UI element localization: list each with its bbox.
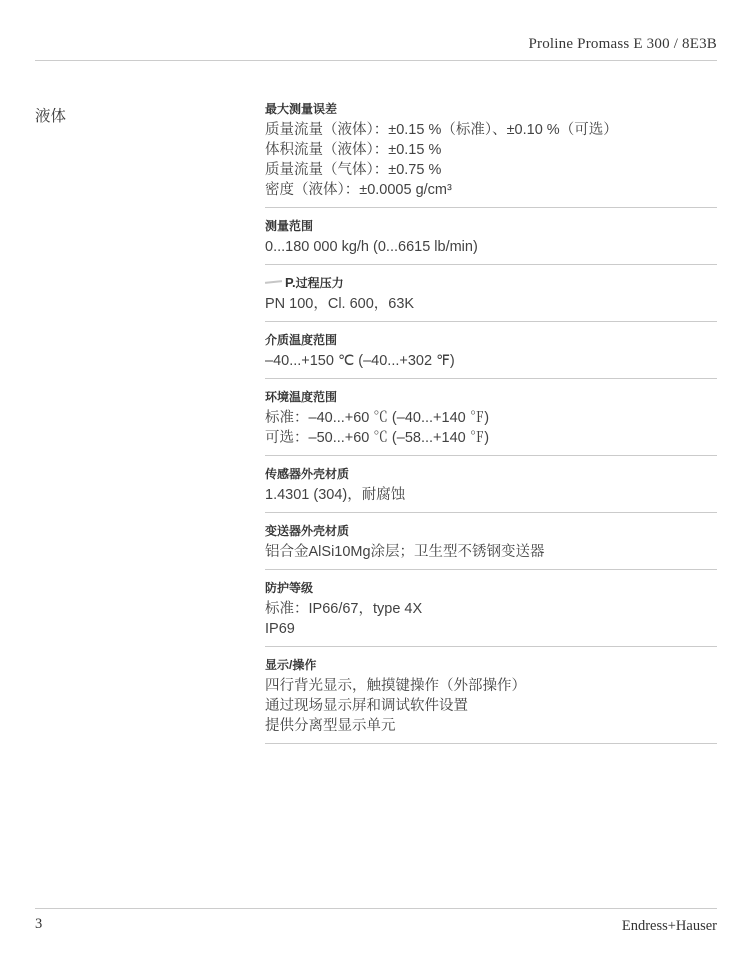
section-max-measured-error: 最大测量误差 质量流量（液体）：±0.15 %（标准）、±0.10 %（可选） …	[265, 98, 717, 208]
brand-name: Endress+Hauser	[622, 918, 717, 935]
render-artifact-dash	[265, 280, 282, 284]
spec-line: IP69	[265, 619, 717, 639]
spec-line: 0...180 000 kg/h (0...6615 lb/min)	[265, 237, 717, 257]
footer-divider	[35, 908, 717, 909]
spec-line: 标准：–40...+60 ℃ (–40...+140 ℉)	[265, 408, 717, 428]
spec-line: 四行背光显示，触摸键操作（外部操作）	[265, 676, 717, 696]
section-heading: 显示/操作	[265, 658, 717, 672]
heading-prefix: P.	[285, 275, 296, 290]
side-label-liquid: 液体	[35, 104, 66, 126]
header-divider	[35, 60, 717, 61]
section-medium-temperature-range: 介质温度范围 –40...+150 ℃ (–40...+302 ℉)	[265, 322, 717, 379]
spec-line: 体积流量（液体）：±0.15 %	[265, 140, 717, 160]
spec-line: 铝合金AlSi10Mg涂层；卫生型不锈钢变送器	[265, 542, 717, 562]
section-heading: P.过程压力	[265, 276, 717, 290]
section-degree-of-protection: 防护等级 标准：IP66/67，type 4X IP69	[265, 570, 717, 647]
section-heading: 变送器外壳材质	[265, 524, 717, 538]
page-title: Proline Promass E 300 / 8E3B	[528, 36, 717, 53]
spec-line: 1.4301 (304)，耐腐蚀	[265, 485, 717, 505]
section-measuring-range: 测量范围 0...180 000 kg/h (0...6615 lb/min)	[265, 208, 717, 265]
section-heading: 防护等级	[265, 581, 717, 595]
spec-line: 标准：IP66/67，type 4X	[265, 599, 717, 619]
page-number: 3	[35, 916, 42, 933]
spec-content: 最大测量误差 质量流量（液体）：±0.15 %（标准）、±0.10 %（可选） …	[265, 98, 717, 744]
spec-line: 通过现场显示屏和调试软件设置	[265, 696, 717, 716]
section-transmitter-housing-material: 变送器外壳材质 铝合金AlSi10Mg涂层；卫生型不锈钢变送器	[265, 513, 717, 570]
section-sensor-housing-material: 传感器外壳材质 1.4301 (304)，耐腐蚀	[265, 456, 717, 513]
section-display-operation: 显示/操作 四行背光显示，触摸键操作（外部操作） 通过现场显示屏和调试软件设置 …	[265, 647, 717, 744]
section-heading: 测量范围	[265, 219, 717, 233]
heading-text: 过程压力	[296, 276, 344, 290]
section-heading: 环境温度范围	[265, 390, 717, 404]
spec-line: 提供分离型显示单元	[265, 716, 717, 736]
section-ambient-temperature-range: 环境温度范围 标准：–40...+60 ℃ (–40...+140 ℉) 可选：…	[265, 379, 717, 456]
section-heading: 介质温度范围	[265, 333, 717, 347]
section-process-pressure: P.过程压力 PN 100，Cl. 600，63K	[265, 265, 717, 322]
datasheet-page: Proline Promass E 300 / 8E3B 液体 最大测量误差 质…	[0, 0, 750, 971]
section-heading: 传感器外壳材质	[265, 467, 717, 481]
spec-line: 质量流量（液体）：±0.15 %（标准）、±0.10 %（可选）	[265, 120, 717, 140]
spec-line: 密度（液体）：±0.0005 g/cm³	[265, 180, 717, 200]
spec-line: –40...+150 ℃ (–40...+302 ℉)	[265, 351, 717, 371]
spec-line: PN 100，Cl. 600，63K	[265, 294, 717, 314]
section-heading: 最大测量误差	[265, 102, 717, 116]
spec-line: 可选：–50...+60 ℃ (–58...+140 ℉)	[265, 428, 717, 448]
spec-line: 质量流量（气体）：±0.75 %	[265, 160, 717, 180]
